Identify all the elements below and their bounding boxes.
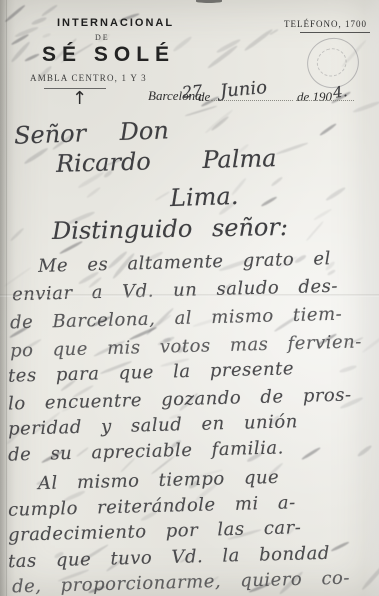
top-edge-mark [196, 0, 222, 3]
recipient-line-2: Ricardo Palma [56, 144, 277, 178]
postmark-inner-ring [313, 44, 351, 81]
recipient-line-1: Señor Don [14, 116, 170, 149]
salutation: Distinguido señor: [52, 213, 288, 245]
letterhead-de: DE [95, 33, 110, 42]
left-edge-crease [6, 0, 7, 596]
arrow-ornament-icon: ↑ [72, 88, 87, 109]
recipient-line-3: Lima. [170, 182, 239, 212]
dateline-de-190: de 190 [297, 89, 332, 105]
dateline-de: de [198, 89, 210, 105]
scanned-letter-page: INTERNACIONAL DE SÉ SOLÉ AMBLA CENTRO, 1… [0, 0, 379, 596]
telephone-rule [300, 32, 370, 33]
dateline-month: Junio [219, 77, 268, 102]
letterhead-title: INTERNACIONAL [57, 17, 174, 29]
letterhead-name: SÉ SOLÉ [42, 43, 175, 67]
dateline-year-digit: 4. [332, 82, 349, 102]
telephone-label: TELÉFONO, 1700 [284, 19, 367, 29]
fold-crease [0, 294, 379, 297]
letterhead-address: AMBLA CENTRO, 1 Y 3 [30, 73, 147, 83]
